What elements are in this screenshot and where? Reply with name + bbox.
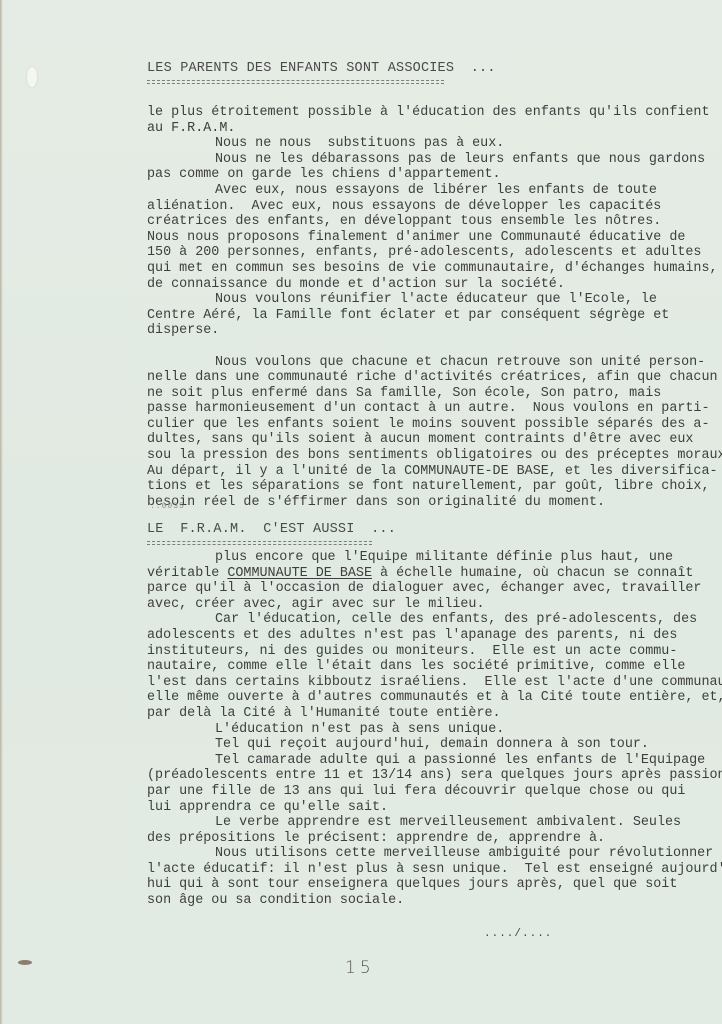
text-line: par delà la Cité à l'Humanité toute enti… (147, 706, 667, 722)
text-line: Nous voulons réunifier l'acte éducateur … (147, 292, 667, 308)
text-line: Centre Aéré, la Famille font éclater et … (147, 308, 667, 324)
underlined-term: COMMUNAUTE DE BASE (227, 566, 372, 581)
text-line: aliénation. Avec eux, nous essayons de d… (147, 199, 667, 215)
page-edge-shadow (0, 0, 3, 1024)
text-line: dultes, sans qu'ils soient à aucun momen… (147, 432, 667, 448)
text-line: tions et les séparations se font naturel… (147, 479, 667, 495)
heading-double-rule (147, 541, 372, 545)
text-line: nelle dans une communauté riche d'activi… (147, 370, 667, 386)
text-line: Au départ, il y a l'unité de la COMMUNAU… (147, 464, 667, 480)
text-line: pas comme on garde les chiens d'appartem… (147, 167, 667, 183)
heading-double-rule (147, 80, 444, 84)
paper-mark (18, 960, 32, 965)
text-line: passe harmonieusement d'un contact à un … (147, 401, 667, 417)
text-line: sou la pression des bons sentiments obli… (147, 448, 667, 464)
page-number: 15 (345, 958, 375, 978)
text-line: Nous ne nous substituons pas à eux. (147, 136, 667, 152)
text-line: adolescents et des adultes n'est pas l'a… (147, 628, 667, 644)
text-line: plus encore que l'Equipe militante défin… (147, 550, 667, 566)
text-line: Nous ne les débarassons pas de leurs enf… (147, 152, 667, 168)
text-line: hui qui à sont tour enseignera quelques … (147, 877, 667, 893)
text-line: Tel qui reçoit aujourd'hui, demain donne… (147, 737, 667, 753)
text-line: qui met en commun ses besoins de vie com… (147, 261, 667, 277)
text-line: avec, créer avec, agir avec sur le milie… (147, 597, 667, 613)
text-line (147, 339, 667, 355)
text-line: le plus étroitement possible à l'éducati… (147, 105, 667, 121)
text-line: 150 à 200 personnes, enfants, pré-adoles… (147, 245, 667, 261)
text-line: Tel camarade adulte qui a passionné les … (147, 753, 667, 769)
text-line: l'acte éducatif: il n'est plus à sesn un… (147, 862, 667, 878)
paper-blemish (27, 67, 37, 87)
text-line: par une fille de 13 ans qui lui fera déc… (147, 784, 667, 800)
text-line: créatrices des enfants, en développant t… (147, 214, 667, 230)
text-line: parce qu'il à l'occasion de dialoguer av… (147, 581, 667, 597)
text-line: des prépositions le précisent: apprendre… (147, 831, 667, 847)
text-line: Nous utilisons cette merveilleuse ambigu… (147, 846, 667, 862)
section-body-fram: plus encore que l'Equipe militante défin… (147, 550, 667, 909)
text-line: disperse. (147, 323, 667, 339)
section-heading-fram: LE F.R.A.M. C'EST AUSSI ... (147, 522, 396, 537)
text-line: Le verbe apprendre est merveilleusement … (147, 815, 667, 831)
text-line: Car l'éducation, celle des enfants, des … (147, 612, 667, 628)
text-line: culier que les enfants soient le moins s… (147, 417, 667, 433)
continuation-mark: ..../.... (484, 928, 552, 940)
text-line: ne soit plus enfermé dans Sa famille, So… (147, 386, 667, 402)
text-line: L'éducation n'est pas à sens unique. (147, 722, 667, 738)
text-line: son âge ou sa condition sociale. (147, 893, 667, 909)
text-line: Nous nous proposons finalement d'animer … (147, 230, 667, 246)
text-line: besoin réel de s'éffirmer dans son origi… (147, 495, 667, 511)
text-line: nautaire, comme elle l'était dans les so… (147, 659, 667, 675)
text-line: au F.R.A.M. (147, 121, 667, 137)
archive-stamp: ..0035 (150, 502, 185, 511)
text-line: (préadolescents entre 11 et 13/14 ans) s… (147, 768, 667, 784)
text-line: Nous voulons que chacune et chacun retro… (147, 355, 667, 371)
typewritten-page: LES PARENTS DES ENFANTS SONT ASSOCIES ..… (0, 0, 722, 1024)
text-line: l'est dans certains kibboutz israéliens.… (147, 675, 667, 691)
text-line: Avec eux, nous essayons de libérer les e… (147, 183, 667, 199)
text-line: lui apprendra ce qu'elle sait. (147, 800, 667, 816)
section-heading-parents: LES PARENTS DES ENFANTS SONT ASSOCIES ..… (147, 61, 496, 76)
text-line: véritable COMMUNAUTE DE BASE à échelle h… (147, 566, 667, 582)
text-line: instituteurs, ni des guides ou moniteurs… (147, 644, 667, 660)
text-line: de connaissance du monde et d'action sur… (147, 277, 667, 293)
section-body-parents: le plus étroitement possible à l'éducati… (147, 105, 667, 510)
text-line: elle même ouverte à d'autres communautés… (147, 690, 667, 706)
